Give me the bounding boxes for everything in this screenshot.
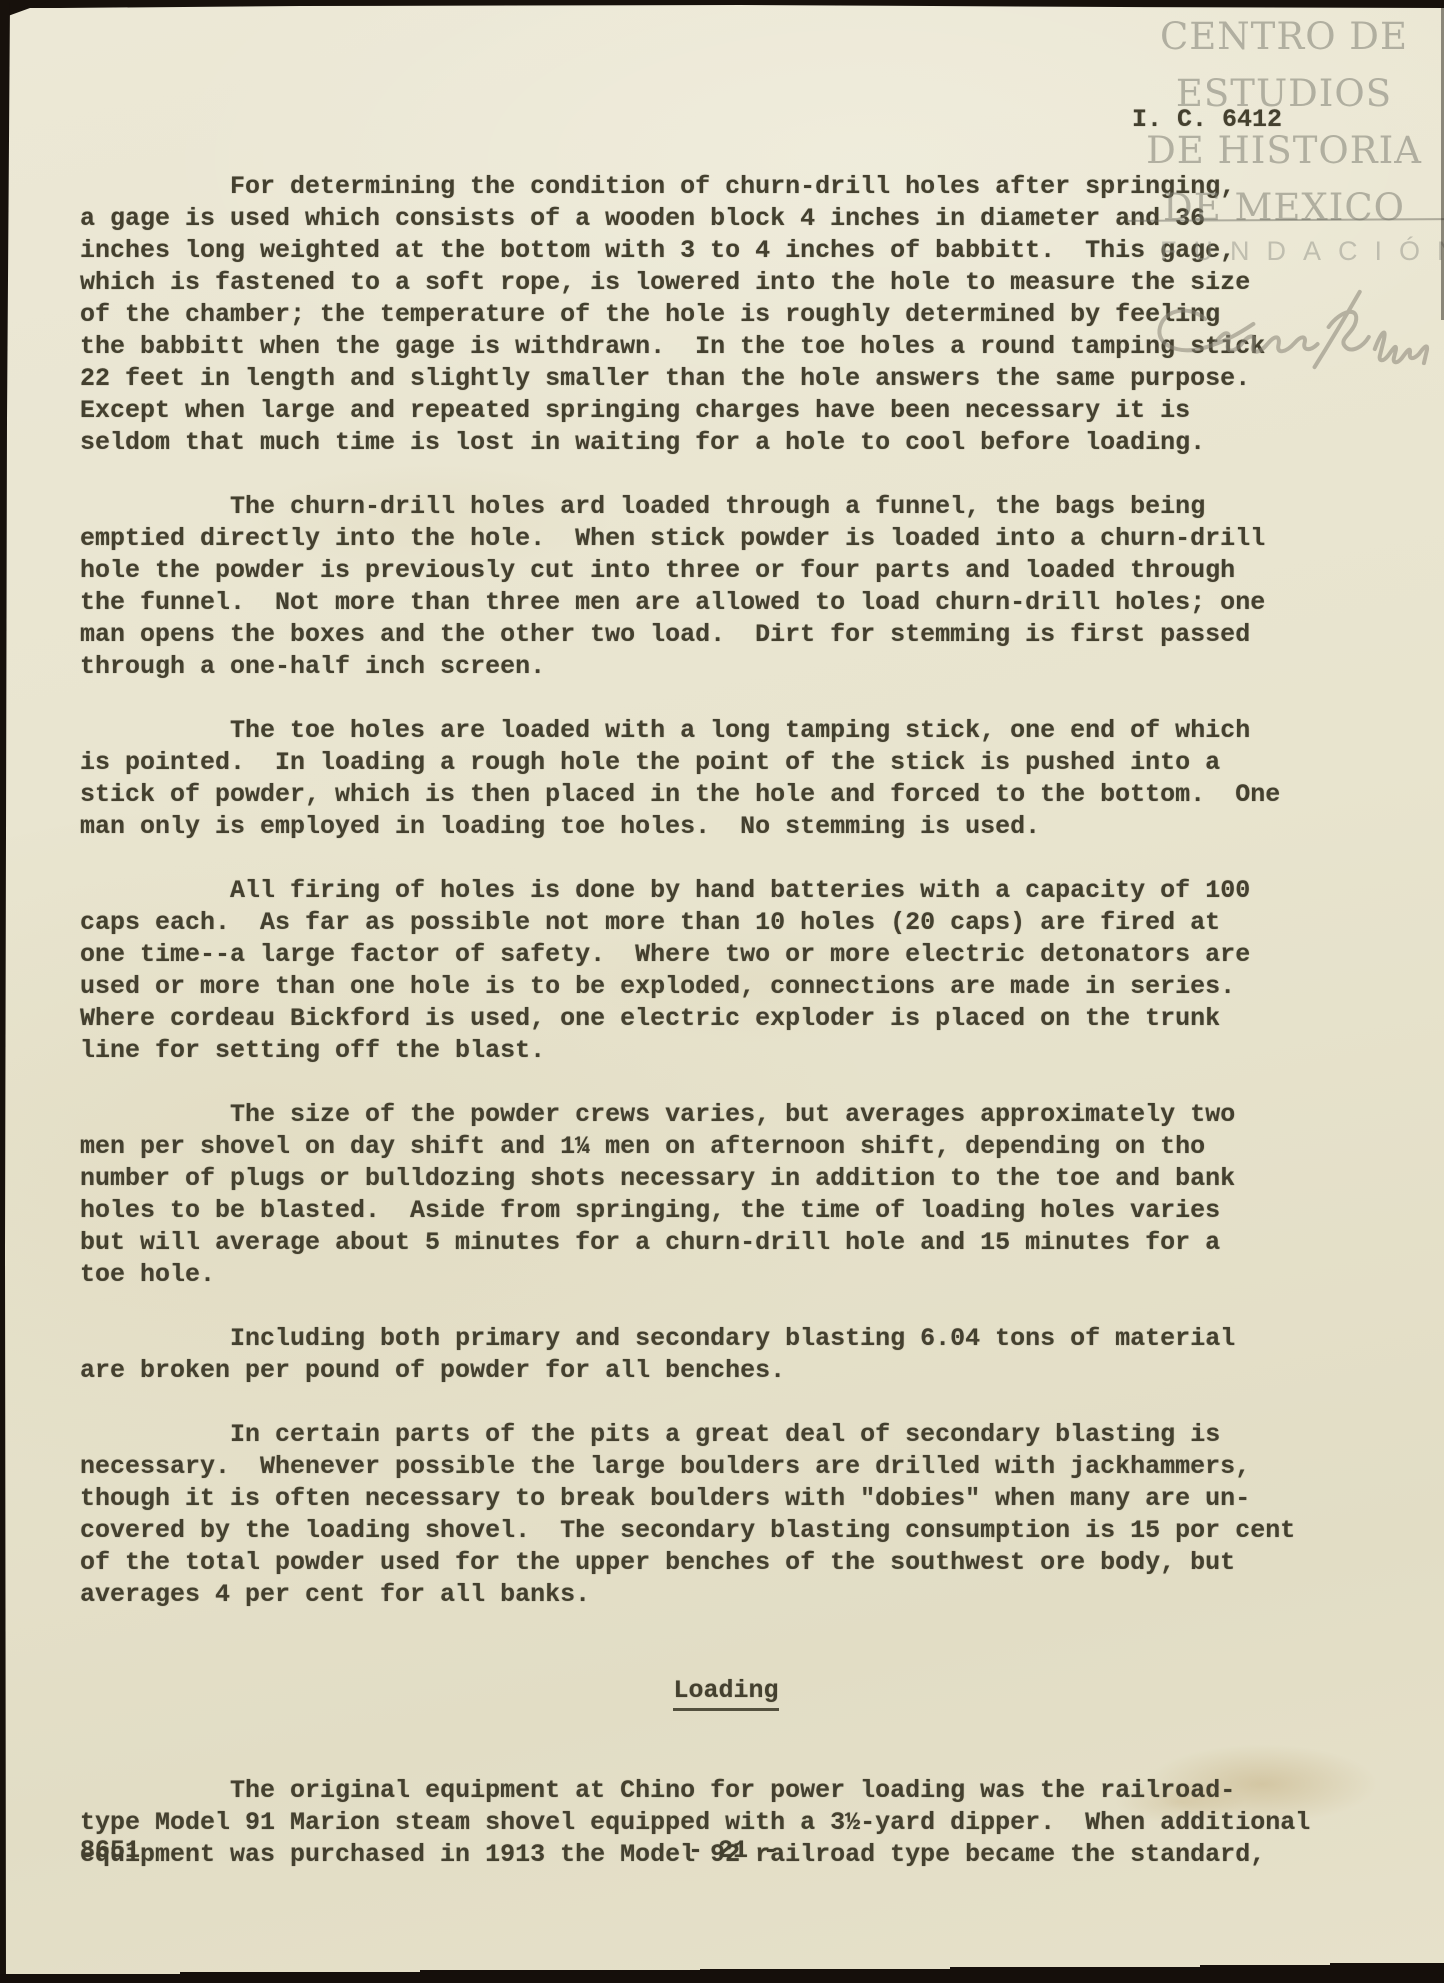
typewritten-body: For determining the condition of churn-d… (80, 171, 1410, 1903)
paragraph-firing: All firing of holes is done by hand batt… (80, 875, 1410, 1067)
paragraph-churn-drill-loading: The churn-drill holes ard loaded through… (80, 491, 1410, 683)
footer-doc-number: 8651 (80, 1835, 140, 1867)
footer-page-number: - 21 - (688, 1835, 778, 1867)
paragraph-powder-crews: The size of the powder crews varies, but… (80, 1099, 1410, 1291)
doc-reference: I. C. 6412 (1132, 104, 1282, 136)
paragraph-secondary-blasting: In certain parts of the pits a great dea… (80, 1419, 1410, 1611)
paragraph-tons-per-pound: Including both primary and secondary bla… (80, 1323, 1410, 1387)
paragraph-springing-gage: For determining the condition of churn-d… (80, 171, 1410, 459)
section-heading-loading: Loading (80, 1643, 1312, 1743)
section-heading-label: Loading (673, 1675, 778, 1711)
paragraph-toe-holes: The toe holes are loaded with a long tam… (80, 715, 1410, 843)
